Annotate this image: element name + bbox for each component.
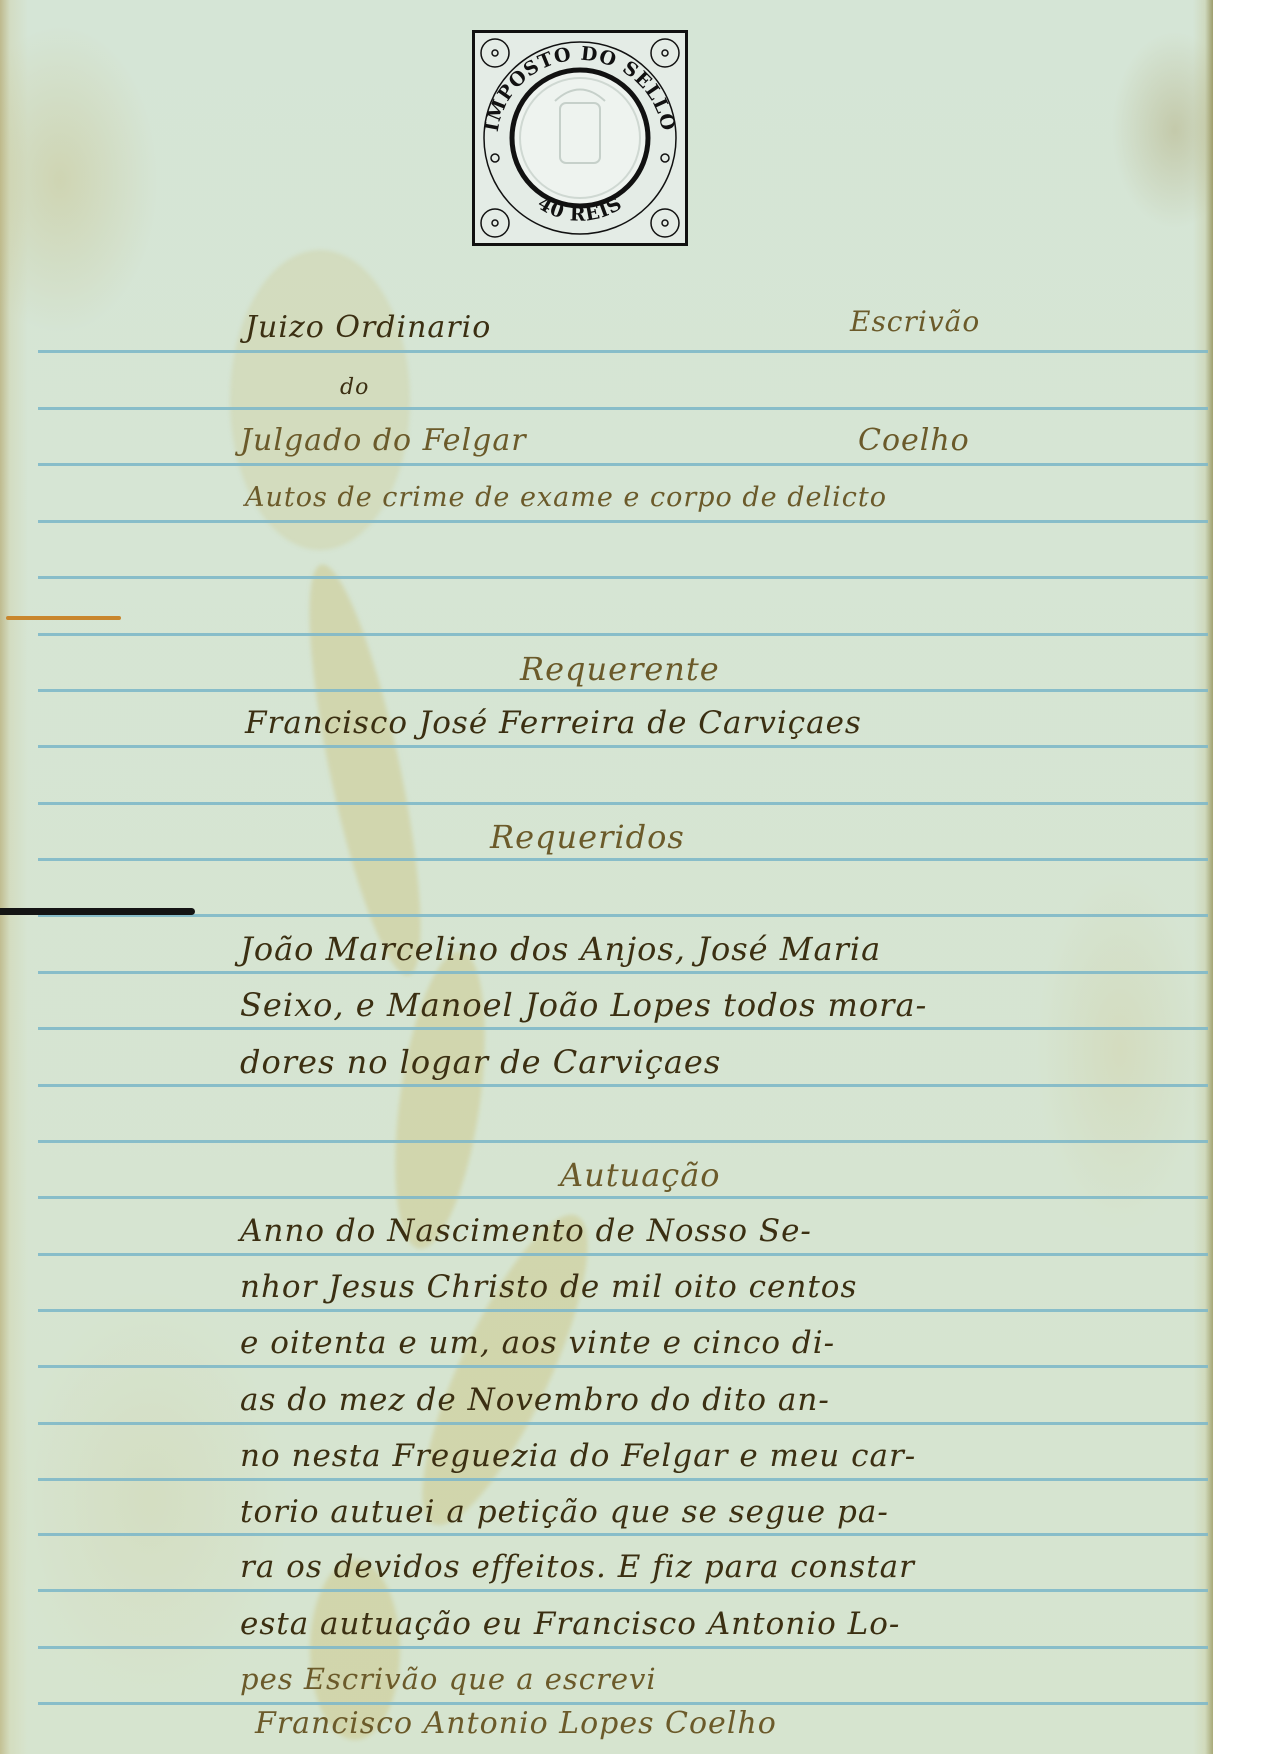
defendants-line: dores no logar de Carviçaes <box>240 1043 721 1081</box>
document-page: IMPOSTO DO SELLO 40 REIS Juizo Ordinario… <box>0 0 1213 1754</box>
defendants-line: João Marcelino dos Anjos, José Maria <box>240 930 881 968</box>
ruled-line <box>38 1140 1208 1143</box>
autuacao-line: Anno do Nascimento de Nosso Se- <box>240 1213 812 1249</box>
ruled-line <box>38 858 1208 861</box>
ruled-line <box>38 971 1208 974</box>
ruled-line <box>38 463 1208 466</box>
ruled-line <box>38 1533 1208 1536</box>
jurisdiction: Julgado do Felgar <box>240 423 527 458</box>
clerk-label: Escrivão <box>850 305 980 338</box>
ruled-line <box>38 576 1208 579</box>
autuacao-line: nhor Jesus Christo de mil oito centos <box>240 1269 857 1305</box>
autuacao-label: Autuação <box>560 1156 721 1194</box>
stamp-seal-icon: IMPOSTO DO SELLO 40 REIS <box>475 33 685 243</box>
ruled-line <box>38 520 1208 523</box>
ruled-line <box>38 745 1208 748</box>
ruled-line <box>38 1589 1208 1592</box>
defendants-label: Requeridos <box>490 818 685 856</box>
plaintiff-name: Francisco José Ferreira de Carviçaes <box>245 705 862 741</box>
ruled-line <box>38 1027 1208 1030</box>
autuacao-line: e oitenta e um, aos vinte e cinco di- <box>240 1325 835 1361</box>
ruled-line <box>38 633 1208 636</box>
autuacao-line: ra os devidos effeitos. E fiz para const… <box>240 1549 915 1585</box>
ruled-line <box>38 1084 1208 1087</box>
ruled-line <box>38 1422 1208 1425</box>
binding-thread <box>0 908 195 915</box>
defendants-line: Seixo, e Manoel João Lopes todos mora- <box>240 986 927 1024</box>
ruled-line <box>38 1646 1208 1649</box>
connector-word: do <box>340 375 369 400</box>
autuacao-line: pes Escrivão que a escrevi <box>240 1662 657 1696</box>
ruled-line <box>38 1196 1208 1199</box>
signature: Francisco Antonio Lopes Coelho <box>255 1706 777 1741</box>
tax-stamp: IMPOSTO DO SELLO 40 REIS <box>472 30 688 246</box>
ruled-line <box>38 1253 1208 1256</box>
ruled-line <box>38 1702 1208 1705</box>
ruled-line <box>38 1365 1208 1368</box>
court-name: Juizo Ordinario <box>245 310 491 345</box>
clerk-name: Coelho <box>858 423 970 458</box>
autuacao-line: no nesta Freguezia do Felgar e meu car- <box>240 1438 916 1474</box>
ruled-line <box>38 689 1208 692</box>
autuacao-line: esta autuação eu Francisco Antonio Lo- <box>240 1606 900 1642</box>
autuacao-line: as do mez de Novembro do dito an- <box>240 1382 830 1418</box>
plaintiff-label: Requerente <box>520 650 720 688</box>
paper-tint <box>0 0 1213 1754</box>
ruled-line <box>38 1478 1208 1481</box>
ruled-line <box>38 914 1208 917</box>
ruled-line <box>38 407 1208 410</box>
autuacao-line: torio autuei a petição que se segue pa- <box>240 1494 889 1530</box>
ruled-line <box>38 1309 1208 1312</box>
ruled-line <box>38 802 1208 805</box>
case-title: Autos de crime de exame e corpo de delic… <box>245 482 887 513</box>
ink-mark <box>6 616 121 620</box>
ruled-line <box>38 350 1208 353</box>
